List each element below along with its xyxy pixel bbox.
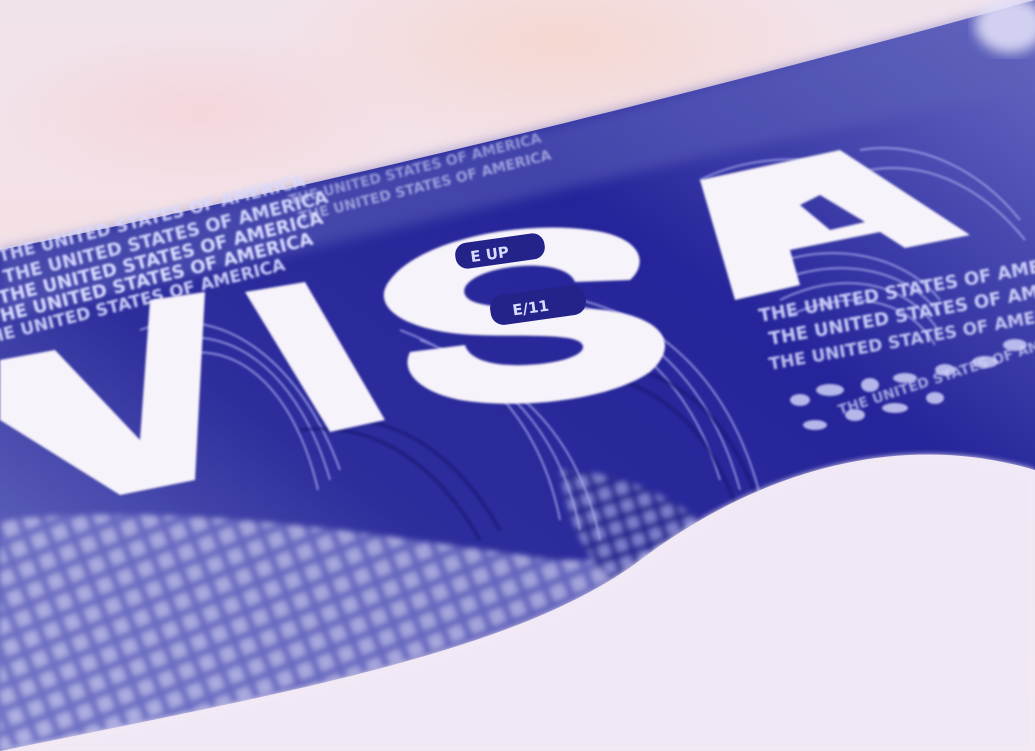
visa-photo: Close-up of a United States visa documen… <box>0 0 1035 751</box>
visa-security-band: THE UNITED STATES OF AMERICA THE UNITED … <box>0 0 1035 751</box>
